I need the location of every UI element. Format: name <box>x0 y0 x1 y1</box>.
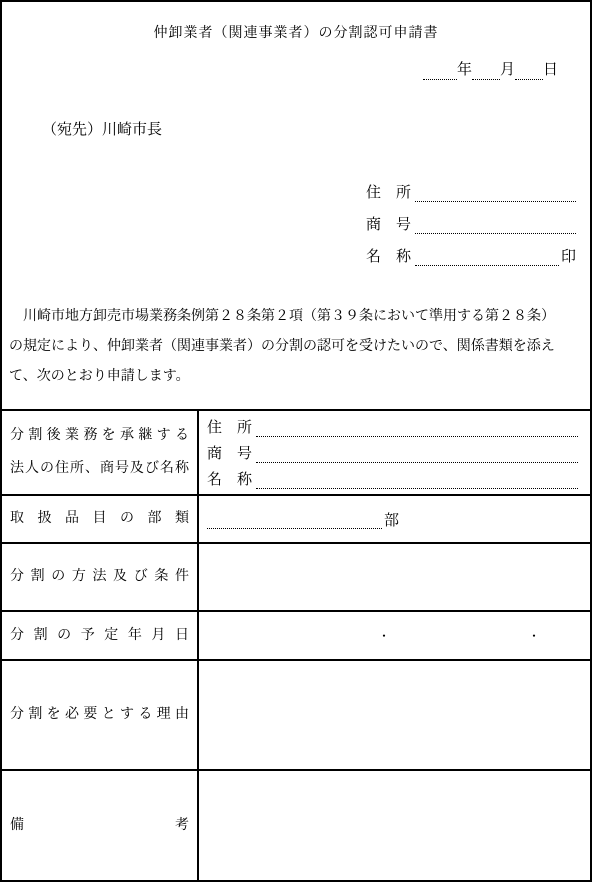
category-label: 取扱品目の部類 <box>10 510 189 528</box>
applicant-address-row: 住 所 <box>366 170 576 202</box>
successor-name-field[interactable] <box>256 469 578 489</box>
applicant-name-field[interactable] <box>415 244 559 266</box>
successor-name-label: 名 称 <box>207 468 252 489</box>
body-line: の規定により、仲卸業者（関連事業者）の分割の認可を受けたいので、関係書類を添え <box>9 332 583 362</box>
application-table: 分割後業務を承継する 法人の住所、商号及び名称 住 所 商 号 名 称 <box>2 409 590 880</box>
remarks-field[interactable] <box>199 771 590 880</box>
page-title: 仲卸業者（関連事業者）の分割認可申請書 <box>2 22 590 42</box>
method-field[interactable] <box>199 544 590 610</box>
schedule-field[interactable]: ・ ・ <box>199 612 590 659</box>
schedule-dot-separator: ・ <box>378 630 390 642</box>
applicant-name-label: 名 称 <box>366 245 411 266</box>
table-row-method: 分割の方法及び条件 <box>2 542 590 610</box>
schedule-label: 分割の予定年月日 <box>10 627 189 645</box>
table-row-category: 取扱品目の部類 部 <box>2 494 590 542</box>
seal-label: 印 <box>561 245 576 266</box>
addressee-line: （宛先）川崎市長 <box>42 118 162 139</box>
date-line: 年 月 日 <box>423 60 558 80</box>
table-row-reason: 分割を必要とする理由 <box>2 659 590 769</box>
remarks-label: 備考 <box>10 817 189 835</box>
reason-label-cell: 分割を必要とする理由 <box>2 661 199 769</box>
body-line: 川崎市地方卸売市場業務条例第２８条第２項（第３９条において準用する第２８条） <box>9 302 583 332</box>
applicant-trade-name-row: 商 号 <box>366 202 576 234</box>
date-day-field[interactable] <box>515 62 543 80</box>
applicant-address-field[interactable] <box>415 180 576 202</box>
successor-address-row: 住 所 <box>207 416 578 437</box>
date-day-label: 日 <box>543 60 558 80</box>
successor-address-field[interactable] <box>256 417 578 437</box>
document-page: 仲卸業者（関連事業者）の分割認可申請書 年 月 日 （宛先）川崎市長 住 所 商… <box>0 0 592 882</box>
date-month-field[interactable] <box>472 62 500 80</box>
successor-label-cell: 分割後業務を承継する 法人の住所、商号及び名称 <box>2 411 199 494</box>
successor-address-label: 住 所 <box>207 416 252 437</box>
successor-trade-name-field[interactable] <box>256 443 578 463</box>
applicant-signature-block: 住 所 商 号 名 称 印 <box>366 170 576 266</box>
applicant-trade-name-field[interactable] <box>415 212 576 234</box>
successor-trade-name-row: 商 号 <box>207 442 578 463</box>
body-paragraph: 川崎市地方卸売市場業務条例第２８条第２項（第３９条において準用する第２８条） の… <box>9 302 583 392</box>
successor-trade-name-label: 商 号 <box>207 442 252 463</box>
successor-label-line1: 分割後業務を承継する <box>10 427 189 445</box>
method-label: 分割の方法及び条件 <box>10 568 189 586</box>
schedule-label-cell: 分割の予定年月日 <box>2 612 199 659</box>
table-row-successor: 分割後業務を承継する 法人の住所、商号及び名称 住 所 商 号 名 称 <box>2 409 590 494</box>
reason-label: 分割を必要とする理由 <box>10 706 189 724</box>
table-row-schedule: 分割の予定年月日 ・ ・ <box>2 610 590 659</box>
category-unit-label: 部 <box>384 509 399 530</box>
date-month-label: 月 <box>500 60 515 80</box>
applicant-name-row: 名 称 印 <box>366 234 576 266</box>
category-label-cell: 取扱品目の部類 <box>2 496 199 542</box>
date-year-field[interactable] <box>423 62 457 80</box>
successor-name-row: 名 称 <box>207 468 578 489</box>
body-line: て、次のとおり申請します。 <box>9 362 583 392</box>
category-field[interactable] <box>207 509 382 529</box>
schedule-dot-separator: ・ <box>528 630 540 642</box>
method-label-cell: 分割の方法及び条件 <box>2 544 199 610</box>
applicant-trade-name-label: 商 号 <box>366 213 411 234</box>
successor-label-line2: 法人の住所、商号及び名称 <box>10 460 189 478</box>
remarks-label-cell: 備考 <box>2 771 199 880</box>
reason-field[interactable] <box>199 661 590 769</box>
table-row-remarks: 備考 <box>2 769 590 880</box>
category-value-cell: 部 <box>199 496 590 542</box>
successor-value-cell: 住 所 商 号 名 称 <box>199 411 590 494</box>
date-year-label: 年 <box>457 60 472 80</box>
applicant-address-label: 住 所 <box>366 181 411 202</box>
